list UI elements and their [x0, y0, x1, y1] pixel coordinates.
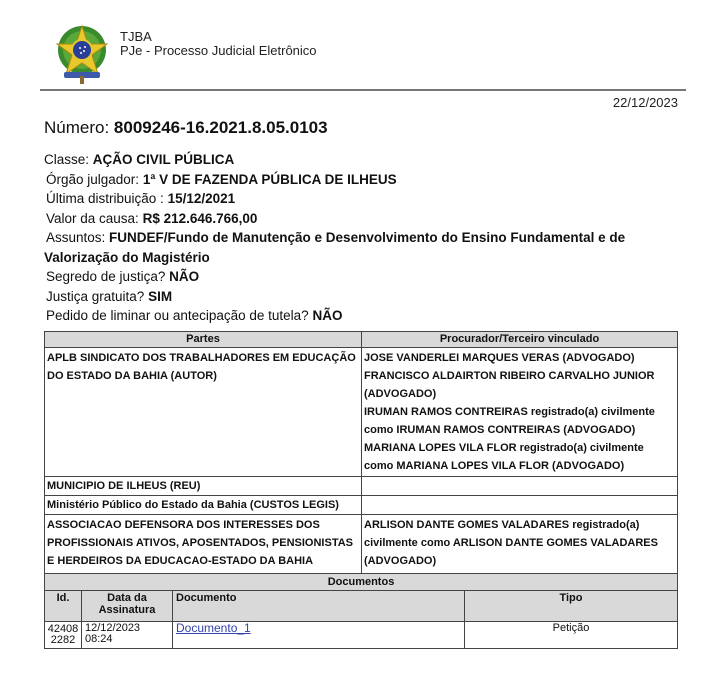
system-name: PJe - Processo Judicial Eletrônico — [120, 44, 317, 58]
process-fields: Classe: AÇÃO CIVIL PÚBLICA Órgão julgado… — [44, 150, 684, 326]
table-row: APLB SINDICATO DOS TRABALHADORES EM EDUC… — [45, 348, 678, 477]
field-segredo-justica: Segredo de justiça? NÃO — [44, 267, 684, 287]
process-number-label: Número: — [44, 118, 109, 137]
header-text: TJBA PJe - Processo Judicial Eletrônico — [120, 30, 317, 58]
parte-cell: MUNICIPIO DE ILHEUS (REU) — [45, 477, 362, 496]
field-pedido-liminar: Pedido de liminar ou antecipação de tute… — [44, 306, 684, 326]
table-row: MUNICIPIO DE ILHEUS (REU) — [45, 477, 678, 496]
col-tipo: Tipo — [465, 591, 678, 622]
doc-tipo: Petição — [465, 622, 678, 649]
process-number: Número: 8009246-16.2021.8.05.0103 — [44, 118, 328, 138]
doc-cell: Documento_1 — [173, 622, 465, 649]
documentos-table: Documentos Id. Data da Assinatura Docume… — [44, 573, 678, 649]
field-classe: Classe: AÇÃO CIVIL PÚBLICA — [44, 150, 684, 170]
field-ultima-distribuicao: Última distribuição : 15/12/2021 — [44, 189, 684, 209]
parte-cell: Ministério Público do Estado da Bahia (C… — [45, 496, 362, 515]
col-documento: Documento — [173, 591, 465, 622]
parte-cell: APLB SINDICATO DOS TRABALHADORES EM EDUC… — [45, 348, 362, 477]
table-row: Ministério Público do Estado da Bahia (C… — [45, 496, 678, 515]
header-divider — [40, 89, 686, 91]
col-id: Id. — [45, 591, 82, 622]
field-assuntos-cont: Valorização do Magistério — [44, 248, 684, 268]
documentos-title: Documentos — [45, 574, 678, 591]
doc-data: 12/12/2023 08:24 — [82, 622, 173, 649]
field-orgao-julgador: Órgão julgador: 1ª V DE FAZENDA PÚBLICA … — [44, 170, 684, 190]
partes-table: Partes Procurador/Terceiro vinculado APL… — [44, 331, 678, 590]
partes-header: Partes — [45, 332, 362, 348]
process-number-value: 8009246-16.2021.8.05.0103 — [114, 118, 328, 137]
doc-id: 42408 2282 — [45, 622, 82, 649]
procurador-cell: JOSE VANDERLEI MARQUES VERAS (ADVOGADO) … — [362, 348, 678, 477]
field-justica-gratuita: Justiça gratuita? SIM — [44, 287, 684, 307]
court-name: TJBA — [120, 30, 317, 44]
procurador-cell — [362, 477, 678, 496]
document-link[interactable]: Documento_1 — [176, 621, 251, 635]
procurador-header: Procurador/Terceiro vinculado — [362, 332, 678, 348]
field-valor-causa: Valor da causa: R$ 212.646.766,00 — [44, 209, 684, 229]
document-header: TJBA PJe - Processo Judicial Eletrônico — [50, 22, 550, 90]
issue-date: 22/12/2023 — [613, 95, 678, 110]
field-assuntos: Assuntos: FUNDEF/Fundo de Manutenção e D… — [44, 228, 684, 248]
brazil-coat-of-arms-icon — [52, 22, 112, 86]
col-data-assinatura: Data da Assinatura — [82, 591, 173, 622]
procurador-cell — [362, 496, 678, 515]
table-row: 42408 2282 12/12/2023 08:24 Documento_1 … — [45, 622, 678, 649]
